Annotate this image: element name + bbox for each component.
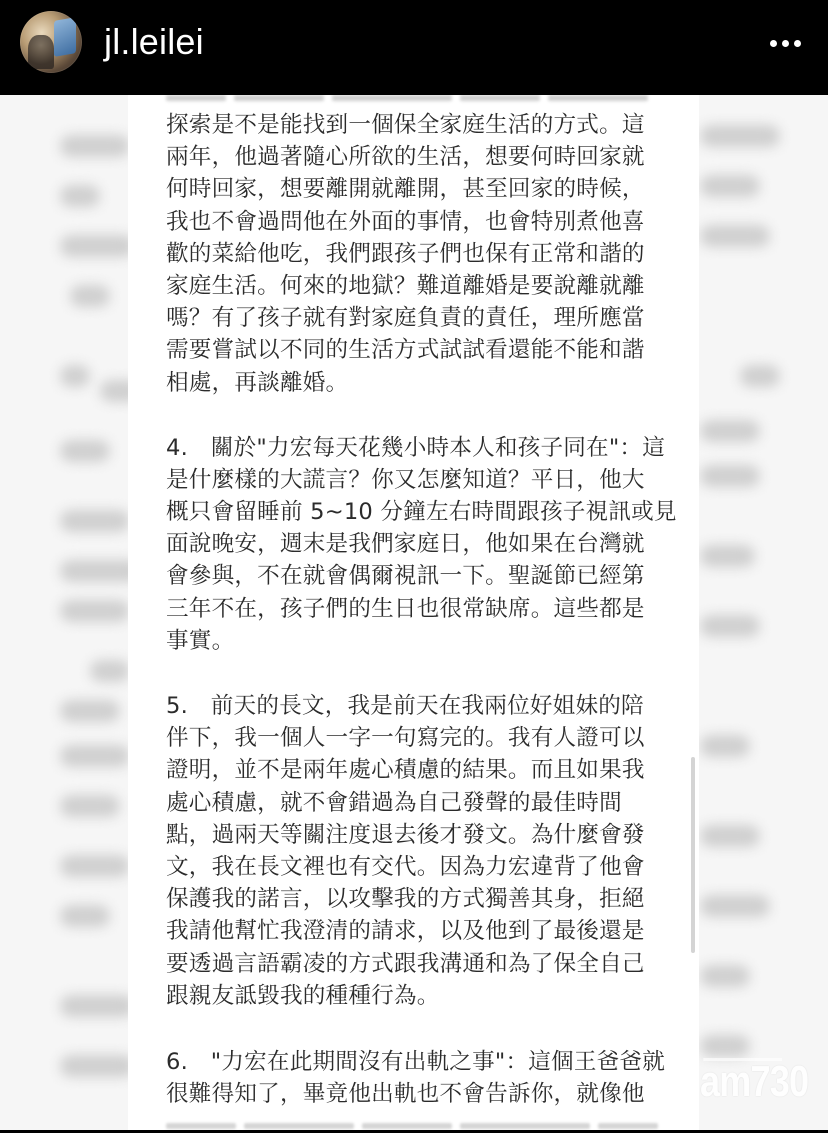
text-line: 會參與，不在就會偶爾視訊一下。聖誕節已經第	[166, 560, 676, 592]
text-line: 保護我的諾言，以攻擊我的方式獨善其身，拒絕	[166, 883, 676, 915]
text-line: 概只會留睡前 5~10 分鐘左右時間跟孩子視訊或見	[166, 496, 676, 528]
paragraph-gap	[166, 1012, 676, 1046]
text-line: 家庭生活。何來的地獄？難道離婚是要說離就離	[166, 270, 676, 302]
blurred-background-left	[0, 95, 140, 1133]
text-line: 歡的菜給他吃，我們跟孩子們也保有正常和諧的	[166, 238, 676, 270]
text-line: 點，過兩天等關注度退去後才發文。為什麼會發	[166, 819, 676, 851]
text-line: 6. "力宏在此期間沒有出軌之事"：這個王爸爸就	[166, 1046, 676, 1078]
watermark-tagline	[703, 1058, 782, 1061]
text-line: 需要嘗試以不同的生活方式試試看還能不能和諧	[166, 334, 676, 366]
text-line: 跟親友詆毀我的種種行為。	[166, 980, 676, 1012]
text-line: 相處，再談離婚。	[166, 367, 676, 399]
text-line: 我請他幫忙我澄清的請求，以及他到了最後還是	[166, 915, 676, 947]
text-line: 文，我在長文裡也有交代。因為力宏違背了他會	[166, 851, 676, 883]
clipped-next-line	[166, 1115, 666, 1127]
more-horizontal-icon	[794, 40, 801, 47]
text-line: 事實。	[166, 625, 676, 657]
text-line: 嗎？有了孩子就有對家庭負責的責任，理所應當	[166, 302, 676, 334]
text-line: 證明，並不是兩年處心積慮的結果。而且如果我	[166, 754, 676, 786]
scrollbar-thumb[interactable]	[691, 757, 695, 953]
paragraph-3-continued: 探索是不是能找到一個保全家庭生活的方式。這 兩年，他過著隨心所欲的生活，想要何時…	[166, 109, 676, 399]
am730-watermark: am730	[700, 1060, 808, 1104]
text-line: 兩年，他過著隨心所欲的生活，想要何時回家就	[166, 141, 676, 173]
watermark-text: am730	[700, 1057, 808, 1106]
more-options-button[interactable]	[762, 28, 808, 58]
text-line: 處心積慮，就不會錯過為自己發聲的最佳時間	[166, 787, 676, 819]
paragraph-gap	[166, 399, 676, 432]
blurred-background-right	[690, 95, 828, 1133]
more-horizontal-icon	[770, 40, 777, 47]
text-line: 伴下，我一個人一字一句寫完的。我有人證可以	[166, 722, 676, 754]
text-line: 我也不會過問他在外面的事情，也會特別煮他喜	[166, 206, 676, 238]
paragraph-4: 4. 關於"力宏每天花幾小時本人和孩子同在"：這 是什麼樣的大謊言？你又怎麼知道…	[166, 432, 676, 657]
text-line: 要透過言語霸凌的方式跟我溝通和為了保全自己	[166, 948, 676, 980]
text-line: 很難得知了，畢竟他出軌也不會告訴你，就像他	[166, 1078, 676, 1110]
text-line: 4. 關於"力宏每天花幾小時本人和孩子同在"：這	[166, 432, 676, 464]
text-line: 何時回家，想要離開就離開，甚至回家的時候，	[166, 173, 676, 205]
paragraph-5: 5. 前天的長文，我是前天在我兩位好姐妹的陪 伴下，我一個人一字一句寫完的。我有…	[166, 690, 676, 1012]
avatar-photo-canvas	[54, 17, 76, 57]
text-line: 5. 前天的長文，我是前天在我兩位好姐妹的陪	[166, 690, 676, 722]
avatar[interactable]	[20, 11, 82, 73]
post-image-card: 探索是不是能找到一個保全家庭生活的方式。這 兩年，他過著隨心所欲的生活，想要何時…	[128, 95, 699, 1133]
statement-text: 探索是不是能找到一個保全家庭生活的方式。這 兩年，他過著隨心所欲的生活，想要何時…	[166, 109, 676, 1110]
screenshot-frame: jl.leilei	[0, 0, 828, 1133]
post-header: jl.leilei	[0, 0, 828, 95]
text-line: 探索是不是能找到一個保全家庭生活的方式。這	[166, 109, 676, 141]
username-link[interactable]: jl.leilei	[104, 20, 204, 64]
paragraph-6: 6. "力宏在此期間沒有出軌之事"：這個王爸爸就 很難得知了，畢竟他出軌也不會告…	[166, 1046, 676, 1110]
text-line: 三年不在，孩子們的生日也很常缺席。這些都是	[166, 593, 676, 625]
text-line: 面說晚安，週末是我們家庭日，他如果在台灣就	[166, 528, 676, 560]
more-horizontal-icon	[782, 40, 789, 47]
avatar-photo-figure	[28, 35, 54, 69]
paragraph-gap	[166, 657, 676, 690]
text-line: 是什麼樣的大謊言？你又怎麼知道？平日，他大	[166, 464, 676, 496]
